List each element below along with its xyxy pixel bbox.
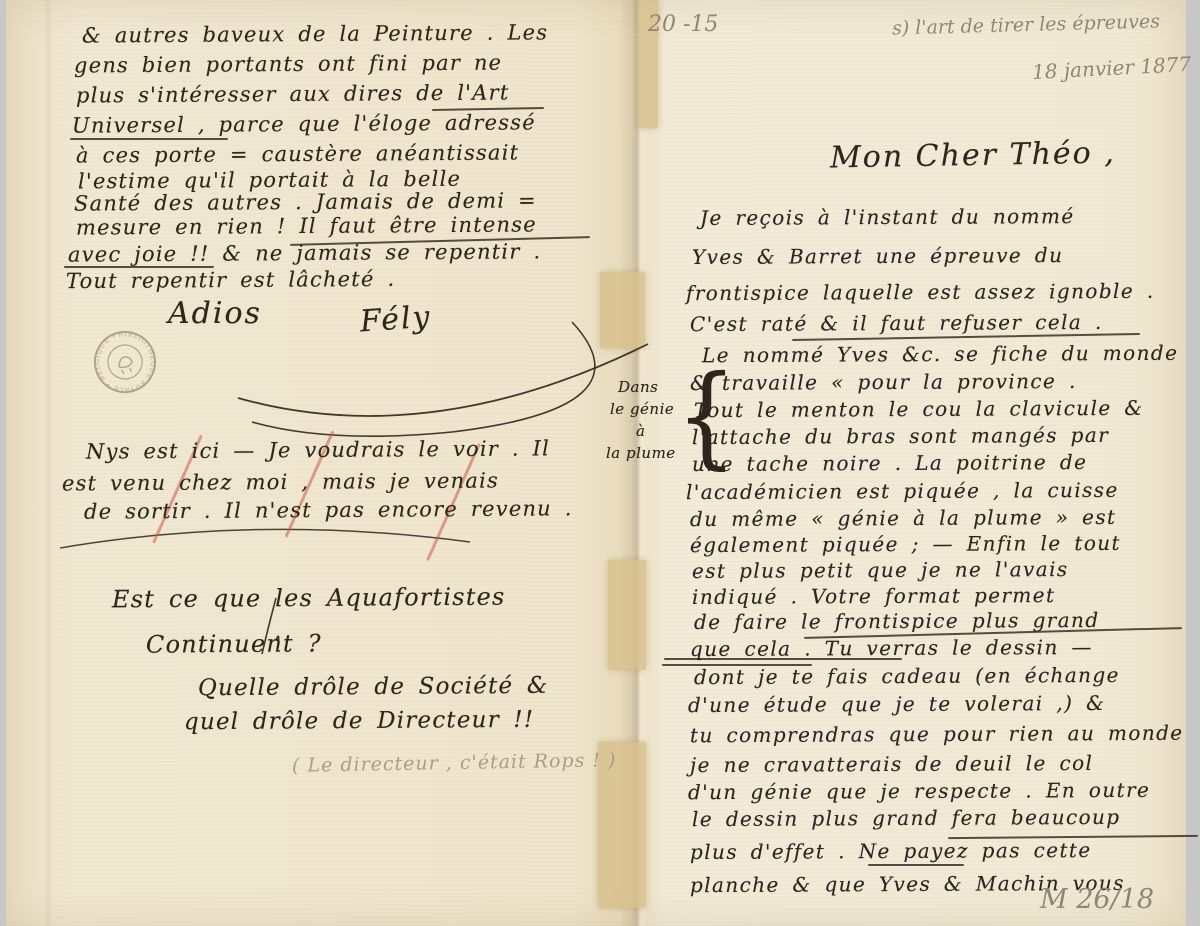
letter-line: à ces porte = caustère anéantissait (76, 140, 519, 167)
salutation: Mon Cher Théo , (830, 136, 1116, 176)
letter-line: je ne cravatterais de deuil le col (690, 751, 1093, 777)
underline-stroke (662, 664, 812, 666)
tape-patch (608, 560, 646, 670)
letter-line: est venu chez moi , mais je venais (62, 468, 499, 495)
letter-line: gens bien portants ont fini par ne (74, 51, 502, 78)
margin-note-line: le génie (610, 400, 674, 418)
closing-word: Adios (168, 296, 262, 331)
letter-line: Nys est ici — Je voudrais le voir . Il (86, 436, 550, 463)
letter-line: mesure en rien ! Il faut être intense (76, 212, 537, 239)
letter-line: Est ce que les Aquafortistes (112, 583, 506, 614)
letter-line: une tache noire . La poitrine de (692, 450, 1087, 476)
paper-crease (44, 0, 52, 926)
letter-line: indiqué . Votre format permet (692, 583, 1056, 609)
margin-note-line: Dans (618, 378, 658, 396)
letter-line: d'un génie que je respecte . En outre (688, 778, 1150, 804)
letter-line: est plus petit que je ne l'avais (692, 557, 1069, 583)
letter-line: dont je te fais cadeau (en échange (694, 663, 1120, 689)
letter-line: Yves & Barret une épreuve du (692, 243, 1063, 269)
letter-line: & autres baveux de la Peinture . Les (82, 20, 548, 47)
letter-line: tu comprendras que pour rien au monde (690, 721, 1184, 748)
svg-text:BIBLIOTHÈQUE ROYALE • BELGIQUE: BIBLIOTHÈQUE ROYALE • BELGIQUE • (87, 324, 163, 400)
stamp-lion-emblem (117, 355, 134, 374)
letter-line: & travaille « pour la province . (690, 369, 1077, 395)
letter-line: Quelle drôle de Société & (198, 673, 549, 701)
letter-line: C'est raté & il faut refuser cela . (690, 310, 1103, 336)
letter-line: Je reçois à l'instant du nommé (700, 204, 1075, 230)
margin-note-line: la plume (606, 444, 676, 462)
underline-stroke (64, 266, 214, 268)
letter-line: du même « génie à la plume » est (690, 505, 1117, 531)
letter-line: frontispice laquelle est assez ignoble . (686, 279, 1155, 305)
letter-line: plus d'effet . Ne payez pas cette (690, 838, 1092, 864)
letter-line: l'académicien est piquée , la cuisse (686, 478, 1119, 504)
letter-line: Continuent ? (146, 629, 322, 658)
letter-line: également piquée ; — Enfin le tout (690, 531, 1121, 557)
letter-line: Tout le menton le cou la clavicule & (694, 396, 1144, 422)
letter-line: de sortir . Il n'est pas encore revenu . (84, 496, 573, 523)
scanned-letter: { "document": { "kind": "handwritten let… (0, 0, 1200, 926)
letter-line: Le nommé Yves &c. se fiche du monde (702, 341, 1178, 367)
underline-stroke (664, 658, 902, 660)
letter-line: l'attache du bras sont mangés par (692, 423, 1109, 449)
underline-stroke (868, 864, 964, 866)
letter-line: le dessin plus grand fera beaucoup (692, 805, 1121, 831)
archive-mark: M 26/18 (1040, 884, 1154, 915)
letter-line: Santé des autres . Jamais de demi = (74, 188, 537, 215)
letter-line: plus s'intéresser aux dires de l'Art (76, 80, 510, 107)
letter-line: d'une étude que je te volerai ,) & (688, 691, 1105, 717)
margin-note-line: à (636, 422, 645, 440)
letter-line: quel drôle de Directeur !! (184, 707, 534, 735)
stamp-text: BIBLIOTHÈQUE ROYALE • BELGIQUE • (87, 324, 163, 400)
underline-stroke (70, 138, 228, 140)
tape-patch (600, 272, 645, 348)
archive-number: 20 -15 (648, 12, 718, 37)
signature: Fély (359, 300, 433, 340)
letter-line: Tout repentir est lâcheté . (66, 267, 395, 293)
letter-line: Universel , parce que l'éloge adressé (72, 110, 536, 137)
